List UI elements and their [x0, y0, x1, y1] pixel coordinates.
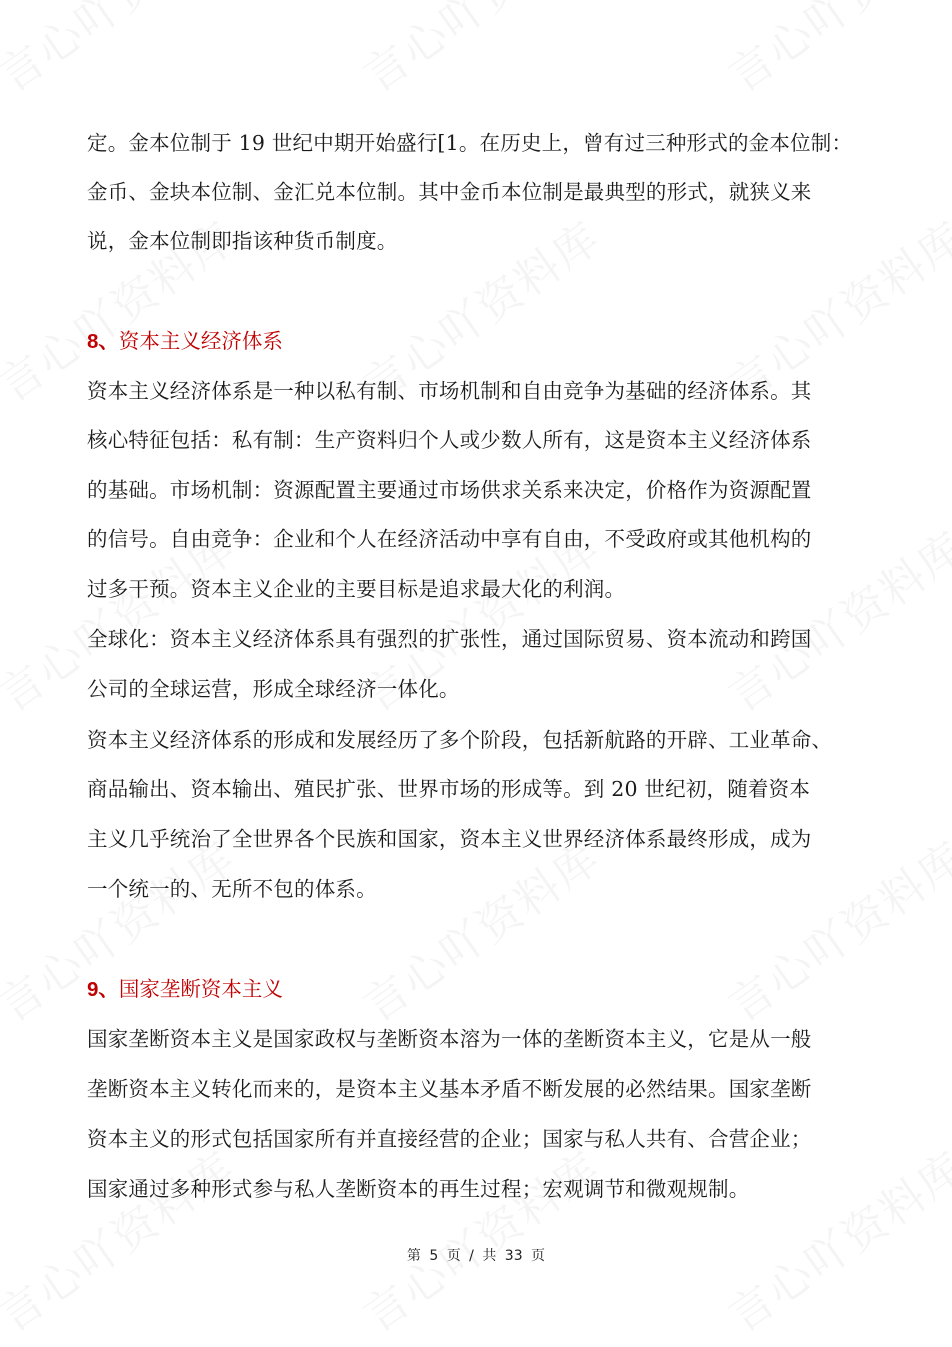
- paragraph-line: 垄断资本主义转化而来的，是资本主义基本矛盾不断发展的必然结果。国家垄断: [87, 1076, 812, 1102]
- paragraph-line: 的信号。自由竞争：企业和个人在经济活动中享有自由，不受政府或其他机构的: [87, 526, 812, 552]
- paragraph-line: 商品输出、资本输出、殖民扩张、世界市场的形成等。到 20 世纪初，随着资本: [87, 776, 810, 802]
- paragraph-line: 主义几乎统治了全世界各个民族和国家，资本主义世界经济体系最终形成，成为: [87, 826, 812, 852]
- paragraph-line: 全球化：资本主义经济体系具有强烈的扩张性，通过国际贸易、资本流动和跨国: [87, 626, 812, 652]
- watermark: 言心吖资料库: [713, 0, 952, 104]
- section-number: 9、: [87, 978, 119, 1001]
- paragraph-line: 核心特征包括：私有制：生产资料归个人或少数人所有，这是资本主义经济体系: [87, 427, 812, 453]
- paragraph-line: 的基础。市场机制：资源配置主要通过市场供求关系来决定，价格作为资源配置: [87, 477, 812, 503]
- watermark: 言心吖资料库: [713, 1133, 952, 1344]
- paragraph-line: 资本主义经济体系的形成和发展经历了多个阶段，包括新航路的开辟、工业革命、: [87, 727, 832, 753]
- watermark: 言心吖资料库: [0, 1133, 246, 1344]
- watermark: 言心吖资料库: [713, 823, 952, 1034]
- paragraph-line: 说，金本位制即指该种货币制度。: [87, 228, 398, 254]
- section-heading-9: 9、国家垄断资本主义: [87, 976, 283, 1003]
- paragraph-line: 资本主义的形式包括国家所有并直接经营的企业；国家与私人共有、合营企业；: [87, 1126, 812, 1152]
- paragraph-line: 国家通过多种形式参与私人垄断资本的再生过程；宏观调节和微观规制。: [87, 1176, 749, 1202]
- section-title: 国家垄断资本主义: [119, 977, 283, 1001]
- watermark: 言心吖资料库: [348, 1133, 611, 1344]
- page-footer: 第 5 页 / 共 33 页: [0, 1245, 952, 1265]
- paragraph-line: 资本主义经济体系是一种以私有制、市场机制和自由竞争为基础的经济体系。其: [87, 378, 812, 404]
- paragraph-line: 定。金本位制于 19 世纪中期开始盛行[1。在历史上，曾有过三种形式的金本位制：: [87, 130, 852, 156]
- watermark: 言心吖资料库: [348, 823, 611, 1034]
- section-heading-8: 8、资本主义经济体系: [87, 328, 283, 355]
- watermark: 言心吖资料库: [348, 0, 611, 104]
- page-number-label: 第 5 页 / 共 33 页: [407, 1248, 545, 1264]
- watermark: 言心吖资料库: [0, 0, 246, 104]
- section-title: 资本主义经济体系: [119, 329, 283, 353]
- section-number: 8、: [87, 330, 119, 353]
- paragraph-line: 过多干预。资本主义企业的主要目标是追求最大化的利润。: [87, 576, 625, 602]
- paragraph-line: 一个统一的、无所不包的体系。: [87, 876, 377, 902]
- paragraph-line: 金币、金块本位制、金汇兑本位制。其中金币本位制是最典型的形式，就狭义来: [87, 179, 812, 205]
- paragraph-line: 公司的全球运营，形成全球经济一体化。: [87, 676, 460, 702]
- paragraph-line: 国家垄断资本主义是国家政权与垄断资本溶为一体的垄断资本主义，它是从一般: [87, 1026, 812, 1052]
